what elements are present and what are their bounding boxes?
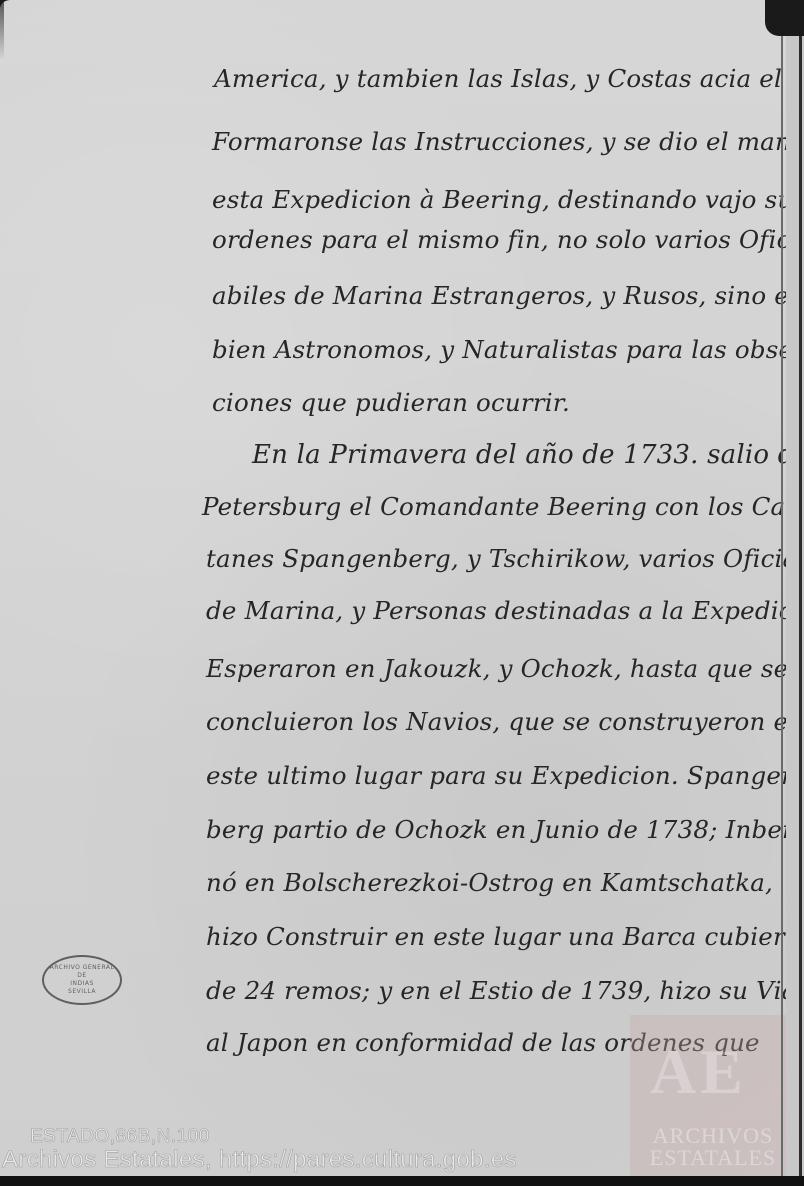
archive-stamp: ARCHIVO GENERAL DE INDIAS SEVILLA <box>42 955 122 1005</box>
source-credit: Archivos Estatales, https://pares.cultur… <box>2 1146 517 1174</box>
manuscript-line: esta Expedicion à Beering, destinando va… <box>212 185 786 214</box>
manuscript-line: Esperaron en Jakouzk, y Ochozk, hasta qu… <box>206 654 786 683</box>
page-corner-dark <box>765 0 804 36</box>
stamp-line: SEVILLA <box>68 988 96 996</box>
manuscript-line: ordenes para el mismo fin, no solo vario… <box>212 225 786 254</box>
margin-rule <box>781 30 783 1180</box>
watermark-org-line: ESTATALES <box>640 1147 786 1169</box>
manuscript-line: Petersburg el Comandante Beering con los… <box>202 492 786 521</box>
manuscript-line: abiles de Marina Estrangeros, y Rusos, s… <box>212 281 786 310</box>
manuscript-line: ciones que pudieran ocurrir. <box>212 388 570 417</box>
manuscript-line: tanes Spangenberg, y Tschirikow, varios … <box>206 544 786 573</box>
manuscript-line: Formaronse las Instrucciones, y se dio e… <box>212 127 786 156</box>
manuscript-line: nó en Bolscherezkoi-Ostrog en Kamtschatk… <box>206 868 773 897</box>
manuscript-line: America, y tambien las Islas, y Costas a… <box>214 64 786 93</box>
document-reference: ESTADO,86B,N.100 <box>30 1126 210 1148</box>
watermark-org-name: ARCHIVOS ESTATALES <box>640 1125 786 1169</box>
manuscript-line: bien Astronomos, y Naturalistas para las… <box>212 335 786 364</box>
stamp-line: INDIAS <box>70 980 94 988</box>
manuscript-page: America, y tambien las Islas, y Costas a… <box>0 0 786 1180</box>
watermark-org-line: ARCHIVOS <box>640 1125 786 1147</box>
binding-edge-line <box>799 30 802 1186</box>
archive-logo-icon: AE <box>650 1035 747 1109</box>
manuscript-text: America, y tambien las Islas, y Costas a… <box>0 0 786 1120</box>
scan-bottom-edge <box>0 1176 804 1186</box>
manuscript-line: de Marina, y Personas destinadas a la Ex… <box>206 596 786 625</box>
manuscript-line: En la Primavera del año de 1733. salio d… <box>252 440 786 470</box>
manuscript-line: berg partio de Ochozk en Junio de 1738; … <box>206 815 786 844</box>
manuscript-line: concluieron los Navios, que se construye… <box>206 707 786 736</box>
manuscript-line: este ultimo lugar para su Expedicion. Sp… <box>206 761 786 790</box>
stamp-line: ARCHIVO GENERAL <box>50 964 115 972</box>
manuscript-line: de 24 remos; y en el Estio de 1739, hizo… <box>206 976 786 1005</box>
stamp-line: DE <box>77 972 86 980</box>
manuscript-line: hizo Construir en este lugar una Barca c… <box>206 922 786 951</box>
